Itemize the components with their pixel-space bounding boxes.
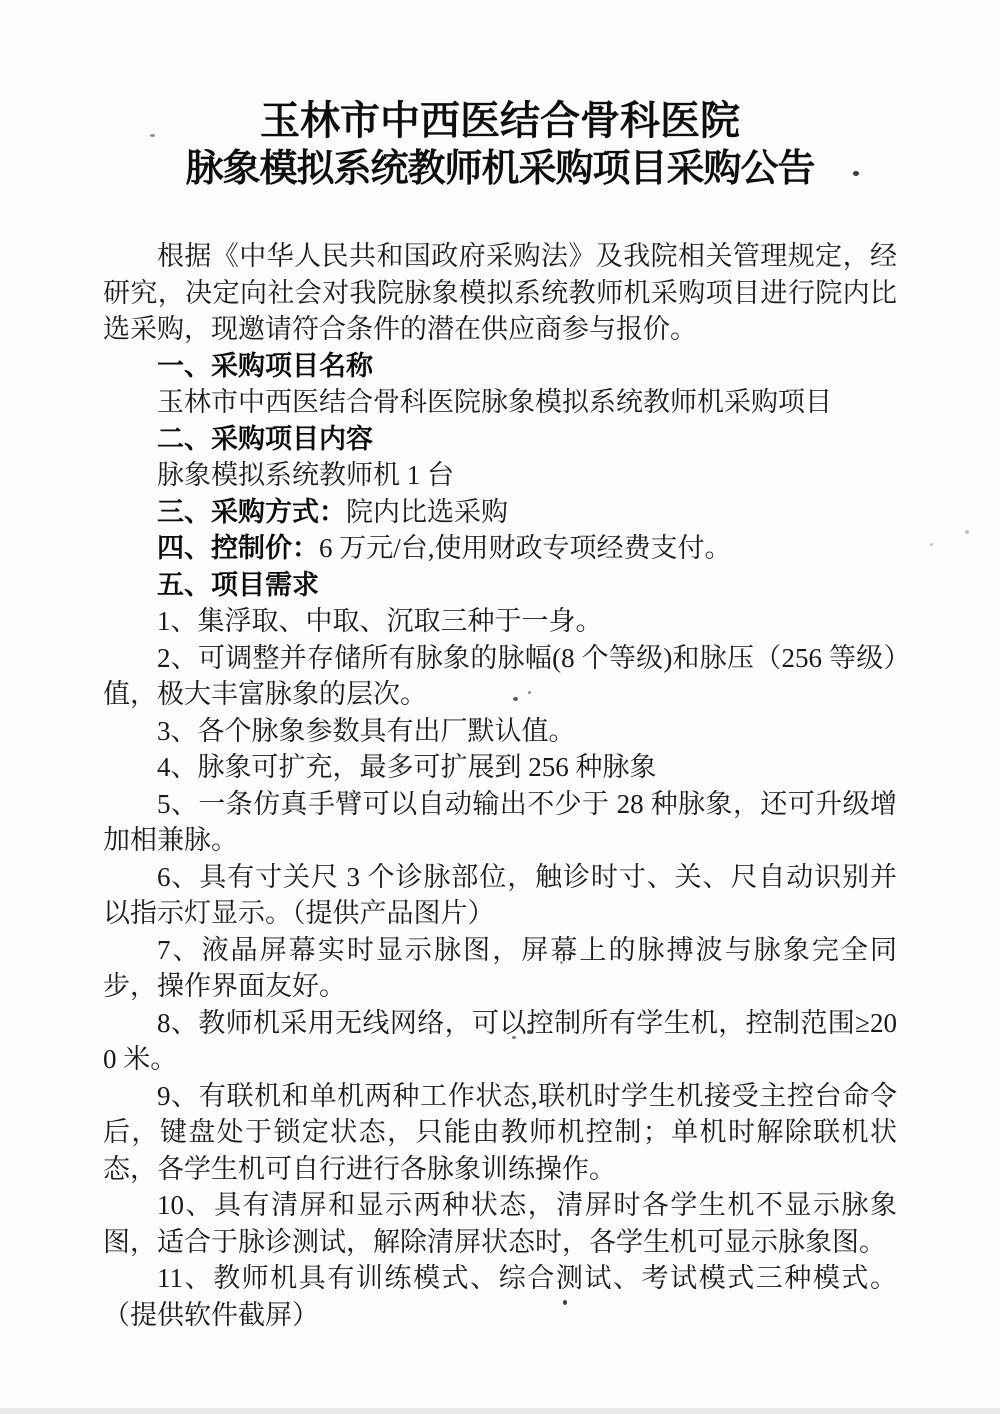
document-title: 玉林市中西医结合骨科医院 脉象模拟系统教师机采购项目采购公告 (0, 0, 1000, 193)
scan-speck (512, 1036, 516, 1039)
scan-speck (150, 134, 155, 137)
section-5-heading-text: 五、项目需求 (157, 570, 319, 600)
intro-paragraph: 根据《中华人民共和国政府采购法》及我院相关管理规定，经研究，决定向社会对我院脉象… (103, 238, 897, 348)
requirement-item-9: 9、有联机和单机两种工作状态,联机时学生机接受主控台命令后，键盘处于锁定状态，只… (103, 1078, 897, 1188)
scan-speck (853, 171, 859, 176)
section-5-heading: 五、项目需求 (103, 567, 897, 604)
scan-speck (528, 691, 531, 694)
scan-speck (560, 961, 563, 964)
section-3-line: 三、采购方式：院内比选采购 (103, 494, 897, 531)
document-body: 根据《中华人民共和国政府采购法》及我院相关管理规定，经研究，决定向社会对我院脉象… (103, 238, 897, 1333)
requirement-item-3: 3、各个脉象参数具有出厂默认值。 (103, 713, 897, 750)
scan-speck (965, 530, 969, 534)
requirement-item-4: 4、脉象可扩充，最多可扩展到 256 种脉象 (103, 749, 897, 786)
requirement-item-1: 1、集浮取、中取、沉取三种于一身。 (103, 603, 897, 640)
scan-speck (513, 697, 518, 701)
requirement-item-8: 8、教师机采用无线网络，可以控制所有学生机，控制范围≥200 米。 (103, 1005, 897, 1078)
requirement-item-11: 11、教师机具有训练模式、综合测试、考试模式三种模式。（提供软件截屏） (103, 1260, 897, 1333)
title-line-2: 脉象模拟系统教师机采购项目采购公告 (0, 145, 1000, 193)
section-1-heading: 一、采购项目名称 (103, 348, 897, 385)
requirement-item-7: 7、液晶屏幕实时显示脉图，屏幕上的脉搏波与脉象完全同步，操作界面友好。 (103, 932, 897, 1005)
section-4-line: 四、控制价：6 万元/台,使用财政专项经费支付。 (103, 530, 897, 567)
section-1-heading-text: 一、采购项目名称 (157, 351, 373, 381)
section-3-heading-text: 三、采购方式： (157, 497, 346, 527)
requirement-item-2: 2、可调整并存储所有脉象的脉幅(8 个等级)和脉压（256 等级）值，极大丰富脉… (103, 640, 897, 713)
section-2-heading: 二、采购项目内容 (103, 421, 897, 458)
section-2-heading-text: 二、采购项目内容 (157, 424, 373, 454)
section-4-heading-text: 四、控制价： (157, 533, 319, 563)
scanned-document-page: 玉林市中西医结合骨科医院 脉象模拟系统教师机采购项目采购公告 根据《中华人民共和… (0, 0, 1000, 1414)
scan-speck (563, 1300, 567, 1305)
requirement-item-10: 10、具有清屏和显示两种状态，清屏时各学生机不显示脉象图，适合于脉诊测试，解除清… (103, 1187, 897, 1260)
scan-speck (527, 1030, 532, 1034)
scan-speck (930, 543, 933, 546)
section-4-content-text: 6 万元/台,使用财政专项经费支付。 (319, 533, 732, 563)
section-3-content-text: 院内比选采购 (346, 497, 508, 527)
section-2-content: 脉象模拟系统教师机 1 台 (103, 457, 897, 494)
requirement-item-6: 6、具有寸关尺 3 个诊脉部位，触诊时寸、关、尺自动识别并以指示灯显示。（提供产… (103, 859, 897, 932)
requirement-item-5: 5、一条仿真手臂可以自动输出不少于 28 种脉象，还可升级增加相兼脉。 (103, 786, 897, 859)
section-1-content: 玉林市中西医结合骨科医院脉象模拟系统教师机采购项目 (103, 384, 897, 421)
title-line-1: 玉林市中西医结合骨科医院 (0, 97, 1000, 145)
scan-edge-shadow (0, 1408, 1000, 1414)
